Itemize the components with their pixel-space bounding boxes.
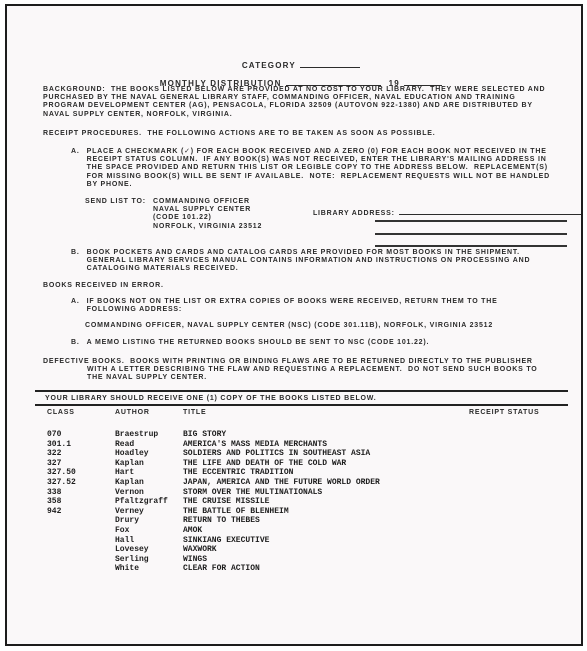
table-row: Lovesey WAXWORK [47, 545, 553, 555]
book-author: White [115, 564, 183, 574]
receipt-item-a: A. PLACE A CHECKMARK (✓) FOR EACH BOOK R… [71, 148, 550, 189]
book-author: Pfaltzgraff [115, 497, 183, 507]
book-title: THE CRUISE MISSILE [183, 497, 469, 507]
book-class [47, 526, 115, 536]
books-error-heading: BOOKS RECEIVED IN ERROR. [43, 282, 164, 290]
table-header-row: CLASS AUTHOR TITLE RECEIPT STATUS [47, 409, 553, 417]
book-title: STORM OVER THE MULTINATIONALS [183, 488, 469, 498]
item-b-label: B. [71, 249, 80, 257]
book-author: Hoadley [115, 449, 183, 459]
library-address-blank-4 [375, 245, 567, 247]
return-address-line: COMMANDING OFFICER, NAVAL SUPPLY CENTER … [85, 322, 493, 330]
book-title: SOLDIERS AND POLITICS IN SOUTHEAST ASIA [183, 449, 469, 459]
book-receipt-status [469, 497, 553, 507]
table-row: Hall SINKIANG EXECUTIVE [47, 536, 553, 546]
book-title: BIG STORY [183, 430, 469, 440]
book-receipt-status [469, 536, 553, 546]
table-row: 942 Verney THE BATTLE OF BLENHEIM [47, 507, 553, 517]
table-row: 322 Hoadley SOLDIERS AND POLITICS IN SOU… [47, 449, 553, 459]
book-author: Kaplan [115, 478, 183, 488]
send-list-address: COMMANDING OFFICER NAVAL SUPPLY CENTER (… [153, 198, 262, 231]
book-author: Drury [115, 516, 183, 526]
receipt-item-b-text: BOOK POCKETS AND CARDS AND CATALOG CARDS… [87, 249, 531, 274]
table-row: 327.52 Kaplan JAPAN, AMERICA AND THE FUT… [47, 478, 553, 488]
column-header-author: AUTHOR [115, 409, 183, 417]
library-address-blank-1 [399, 207, 581, 215]
book-receipt-status [469, 526, 553, 536]
book-title: SINKIANG EXECUTIVE [183, 536, 469, 546]
book-author: Vernon [115, 488, 183, 498]
monthly-blank-line [286, 78, 381, 86]
item-a-label: A. [71, 148, 80, 156]
table-row: 301.1 Read AMERICA'S MASS MEDIA MERCHANT… [47, 440, 553, 450]
send-list-label: SEND LIST TO: [85, 198, 146, 206]
receipt-item-a-text: PLACE A CHECKMARK (✓) FOR EACH BOOK RECE… [87, 148, 550, 189]
book-receipt-status [469, 478, 553, 488]
column-header-class: CLASS [47, 409, 115, 417]
book-title: AMERICA'S MASS MEDIA MERCHANTS [183, 440, 469, 450]
book-class [47, 536, 115, 546]
book-receipt-status [469, 468, 553, 478]
book-class [47, 555, 115, 565]
category-label: CATEGORY [242, 61, 296, 70]
library-address-blank-2 [375, 220, 567, 222]
book-title: THE BATTLE OF BLENHEIM [183, 507, 469, 517]
book-class: 070 [47, 430, 115, 440]
error-item-a-label: A. [71, 298, 80, 306]
book-title: AMOK [183, 526, 469, 536]
book-receipt-status [469, 516, 553, 526]
book-title: THE LIFE AND DEATH OF THE COLD WAR [183, 459, 469, 469]
table-row: 327 Kaplan THE LIFE AND DEATH OF THE COL… [47, 459, 553, 469]
scanned-page-frame: CATEGORY MONTHLY DISTRIBUTION19 BACKGROU… [5, 4, 583, 646]
book-class: 358 [47, 497, 115, 507]
book-receipt-status [469, 488, 553, 498]
table-row: Fox AMOK [47, 526, 553, 536]
book-class: 942 [47, 507, 115, 517]
table-header-rule [35, 404, 568, 406]
book-list-table: 070 Braestrup BIG STORY 301.1 Read AMERI… [47, 430, 553, 574]
table-top-rule [35, 390, 568, 392]
table-row: 338 Vernon STORM OVER THE MULTINATIONALS [47, 488, 553, 498]
books-error-item-a: A. IF BOOKS NOT ON THE LIST OR EXTRA COP… [71, 298, 498, 314]
book-receipt-status [469, 555, 553, 565]
error-item-b-label: B. [71, 339, 80, 347]
book-author: Hall [115, 536, 183, 546]
books-error-item-b-text: A MEMO LISTING THE RETURNED BOOKS SHOULD… [87, 339, 430, 347]
book-author: Kaplan [115, 459, 183, 469]
book-receipt-status [469, 507, 553, 517]
book-receipt-status [469, 449, 553, 459]
table-row: 070 Braestrup BIG STORY [47, 430, 553, 440]
book-class [47, 564, 115, 574]
book-class: 301.1 [47, 440, 115, 450]
background-paragraph: BACKGROUND: THE BOOKS LISTED BELOW ARE P… [43, 86, 545, 119]
book-author: Serling [115, 555, 183, 565]
book-author: Hart [115, 468, 183, 478]
book-class: 322 [47, 449, 115, 459]
column-header-receipt-status: RECEIPT STATUS [469, 409, 553, 417]
books-error-item-b: B. A MEMO LISTING THE RETURNED BOOKS SHO… [71, 339, 429, 347]
book-receipt-status [469, 440, 553, 450]
distribution-form-page: CATEGORY MONTHLY DISTRIBUTION19 BACKGROU… [7, 6, 581, 644]
book-class: 327.50 [47, 468, 115, 478]
column-header-title: TITLE [183, 409, 469, 417]
book-list-notice: YOUR LIBRARY SHOULD RECEIVE ONE (1) COPY… [45, 395, 377, 403]
book-class [47, 545, 115, 555]
book-author: Fox [115, 526, 183, 536]
book-receipt-status [469, 545, 553, 555]
library-address-blank-3 [375, 233, 567, 235]
book-class: 338 [47, 488, 115, 498]
category-blank-line [300, 60, 360, 68]
book-class: 327 [47, 459, 115, 469]
book-receipt-status [469, 459, 553, 469]
table-row: White CLEAR FOR ACTION [47, 564, 553, 574]
table-row: 358 Pfaltzgraff THE CRUISE MISSILE [47, 497, 553, 507]
receipt-item-b: B. BOOK POCKETS AND CARDS AND CATALOG CA… [71, 249, 530, 274]
book-title: JAPAN, AMERICA AND THE FUTURE WORLD ORDE… [183, 478, 469, 488]
table-row: Serling WINGS [47, 555, 553, 565]
book-author: Lovesey [115, 545, 183, 555]
book-title: CLEAR FOR ACTION [183, 564, 469, 574]
library-address-label: LIBRARY ADDRESS: [313, 210, 395, 217]
book-title: WAXWORK [183, 545, 469, 555]
book-title: THE ECCENTRIC TRADITION [183, 468, 469, 478]
books-error-item-a-text: IF BOOKS NOT ON THE LIST OR EXTRA COPIES… [87, 298, 498, 314]
book-class: 327.52 [47, 478, 115, 488]
book-title: RETURN TO THEBES [183, 516, 469, 526]
book-author: Verney [115, 507, 183, 517]
book-receipt-status [469, 564, 553, 574]
defective-books-paragraph: DEFECTIVE BOOKS. BOOKS WITH PRINTING OR … [43, 358, 538, 383]
book-author: Braestrup [115, 430, 183, 440]
table-row: Drury RETURN TO THEBES [47, 516, 553, 526]
book-author: Read [115, 440, 183, 450]
year-blank-line [404, 78, 442, 86]
book-title: WINGS [183, 555, 469, 565]
book-class [47, 516, 115, 526]
book-receipt-status [469, 430, 553, 440]
table-row: 327.50 Hart THE ECCENTRIC TRADITION [47, 468, 553, 478]
library-address-field: LIBRARY ADDRESS: [302, 199, 581, 227]
receipt-procedures-heading: RECEIPT PROCEDURES. THE FOLLOWING ACTION… [43, 130, 435, 138]
